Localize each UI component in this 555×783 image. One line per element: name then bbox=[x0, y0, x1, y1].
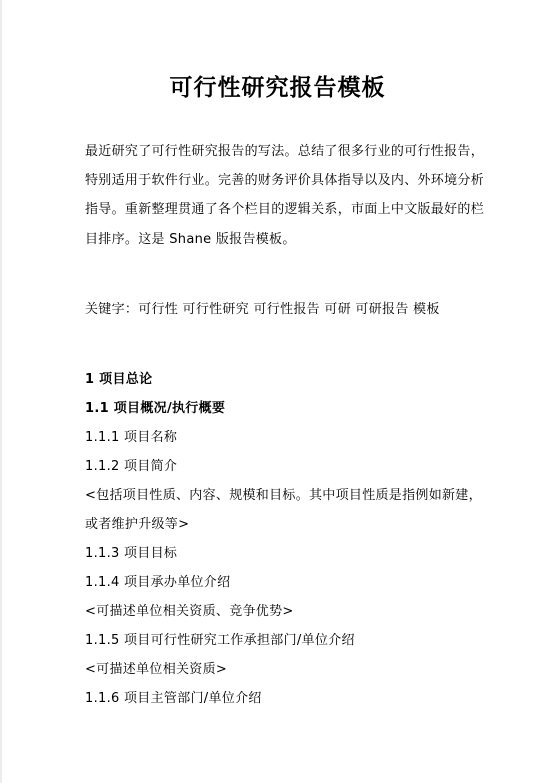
intro-line-3: 指导。重新整理贯通了各个栏目的逻辑关系，市面上中文版最好的栏 bbox=[85, 201, 484, 219]
intro-line-1: 最近研究了可行性研究报告的写法。总结了很多行业的可行性报告， bbox=[85, 143, 484, 161]
document-title: 可行性研究报告模板 bbox=[0, 70, 555, 106]
heading-1-1-1: 1.1.1 项目名称 bbox=[85, 429, 177, 447]
heading-1: 1 项目总论 bbox=[85, 371, 152, 389]
note-line: <可描述单位相关资质> bbox=[85, 661, 227, 679]
heading-1-1: 1.1 项目概况/执行概要 bbox=[85, 400, 225, 418]
intro-line-4: 目排序。这是 Shane 版报告模板。 bbox=[85, 231, 296, 249]
note-line: 或者维护升级等> bbox=[85, 516, 189, 534]
keywords-line: 关键字：可行性 可行性研究 可行性报告 可研 可研报告 模板 bbox=[85, 301, 440, 319]
heading-1-1-3: 1.1.3 项目目标 bbox=[85, 545, 177, 563]
heading-1-1-6: 1.1.6 项目主管部门/单位介绍 bbox=[85, 690, 262, 708]
page-left-edge bbox=[0, 0, 2, 783]
note-line: <包括项目性质、内容、规模和目标。其中项目性质是指例如新建， bbox=[85, 487, 482, 505]
heading-1-1-4: 1.1.4 项目承办单位介绍 bbox=[85, 574, 230, 592]
note-line: <可描述单位相关资质、竞争优势> bbox=[85, 603, 294, 621]
heading-1-1-2: 1.1.2 项目简介 bbox=[85, 458, 177, 476]
heading-1-1-5: 1.1.5 项目可行性研究工作承担部门/单位介绍 bbox=[85, 632, 355, 650]
intro-line-2: 特别适用于软件行业。完善的财务评价具体指导以及内、外环境分析 bbox=[85, 172, 484, 190]
